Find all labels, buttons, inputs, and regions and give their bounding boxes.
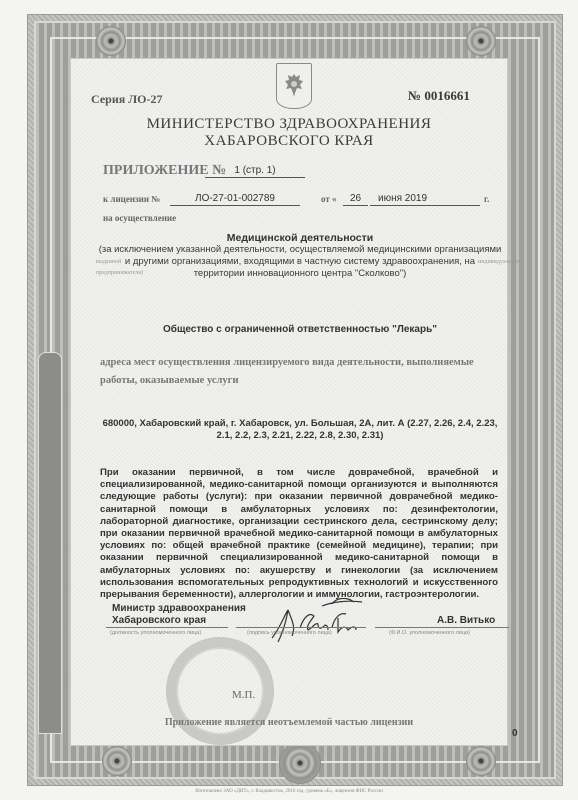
year-suffix: г. <box>484 194 489 204</box>
form-number: № 0016661 <box>408 88 470 104</box>
signature-line <box>375 627 509 628</box>
left-border-pillar <box>38 352 62 734</box>
caption-name: (Ф.И.О. уполномоченного лица) <box>389 630 470 636</box>
signer-position-line2: Хабаровского края <box>112 615 246 627</box>
address-section-label: адреса мест осуществления лицензируемого… <box>100 354 510 390</box>
ministry-title-line2: ХАБАРОВСКОГО КРАЯ <box>0 133 578 150</box>
appendix-number-field: 1 (стр. 1) <box>205 164 305 178</box>
address-block: 680000, Хабаровский край, г. Хабаровск, … <box>80 418 520 442</box>
rosette-ornament <box>466 26 496 56</box>
rosette-ornament <box>102 746 132 776</box>
activity-exclusion: (за исключением указанной деятельности, … <box>80 244 520 280</box>
rosette-ornament <box>466 746 496 776</box>
signature-line <box>236 627 366 628</box>
exclusion-line: и другими организациями, входящими в час… <box>80 256 520 268</box>
corner-mark: 0 <box>512 728 518 739</box>
signer-position-line1: Министр здравоохранения <box>112 603 246 615</box>
rosette-ornament-center <box>279 742 321 784</box>
signer-position: Министр здравоохранения Хабаровского кра… <box>112 603 246 627</box>
series-label: Серия ЛО-27 <box>91 92 163 107</box>
purpose-label: на осуществление <box>103 213 176 223</box>
official-seal-stamp <box>166 637 274 745</box>
printer-imprint: Изготовлено ЗАО «ДИТ», г. Владивосток, 2… <box>0 789 578 794</box>
form-ghost-text: предпринимателя) <box>96 270 143 276</box>
address-line: 680000, Хабаровский край, г. Хабаровск, … <box>80 418 520 430</box>
activity-title: Медицинской деятельности <box>80 232 520 244</box>
ministry-title-line1: МИНИСТЕРСТВО ЗДРАВООХРАНЕНИЯ <box>0 116 578 133</box>
form-ghost-text: индивидуального <box>478 259 523 265</box>
signature-line <box>106 627 228 628</box>
organization-name: Общество с ограниченной ответственностью… <box>80 324 520 335</box>
signer-name: А.В. Витько <box>437 615 495 626</box>
caption-position: (должность уполномоченного лица) <box>110 630 201 636</box>
form-ghost-text: выданной <box>96 259 121 265</box>
date-prefix: от « <box>321 194 337 204</box>
exclusion-line: (за исключением указанной деятельности, … <box>80 244 520 256</box>
license-number-field: ЛО-27-01-002789 <box>170 192 300 206</box>
license-label: к лицензии № <box>103 194 160 204</box>
coat-of-arms-icon <box>276 63 312 109</box>
rosette-ornament <box>96 26 126 56</box>
caption-signature: (подпись уполномоченного лица) <box>247 630 332 636</box>
footer-note: Приложение является неотъемлемой частью … <box>0 717 578 728</box>
exclusion-line: территории инновационного центра "Сколко… <box>80 268 520 280</box>
stamp-place-label: М.П. <box>232 689 255 701</box>
address-line: 2.1, 2.2, 2.3, 2.21, 2.22, 2.8, 2.30, 2.… <box>80 430 520 442</box>
license-month-year-field: июня 2019 <box>370 192 480 206</box>
license-day-field: 26 <box>343 192 368 206</box>
handwritten-signature <box>262 598 372 648</box>
services-text: При оказании первичной, в том числе довр… <box>100 467 498 601</box>
